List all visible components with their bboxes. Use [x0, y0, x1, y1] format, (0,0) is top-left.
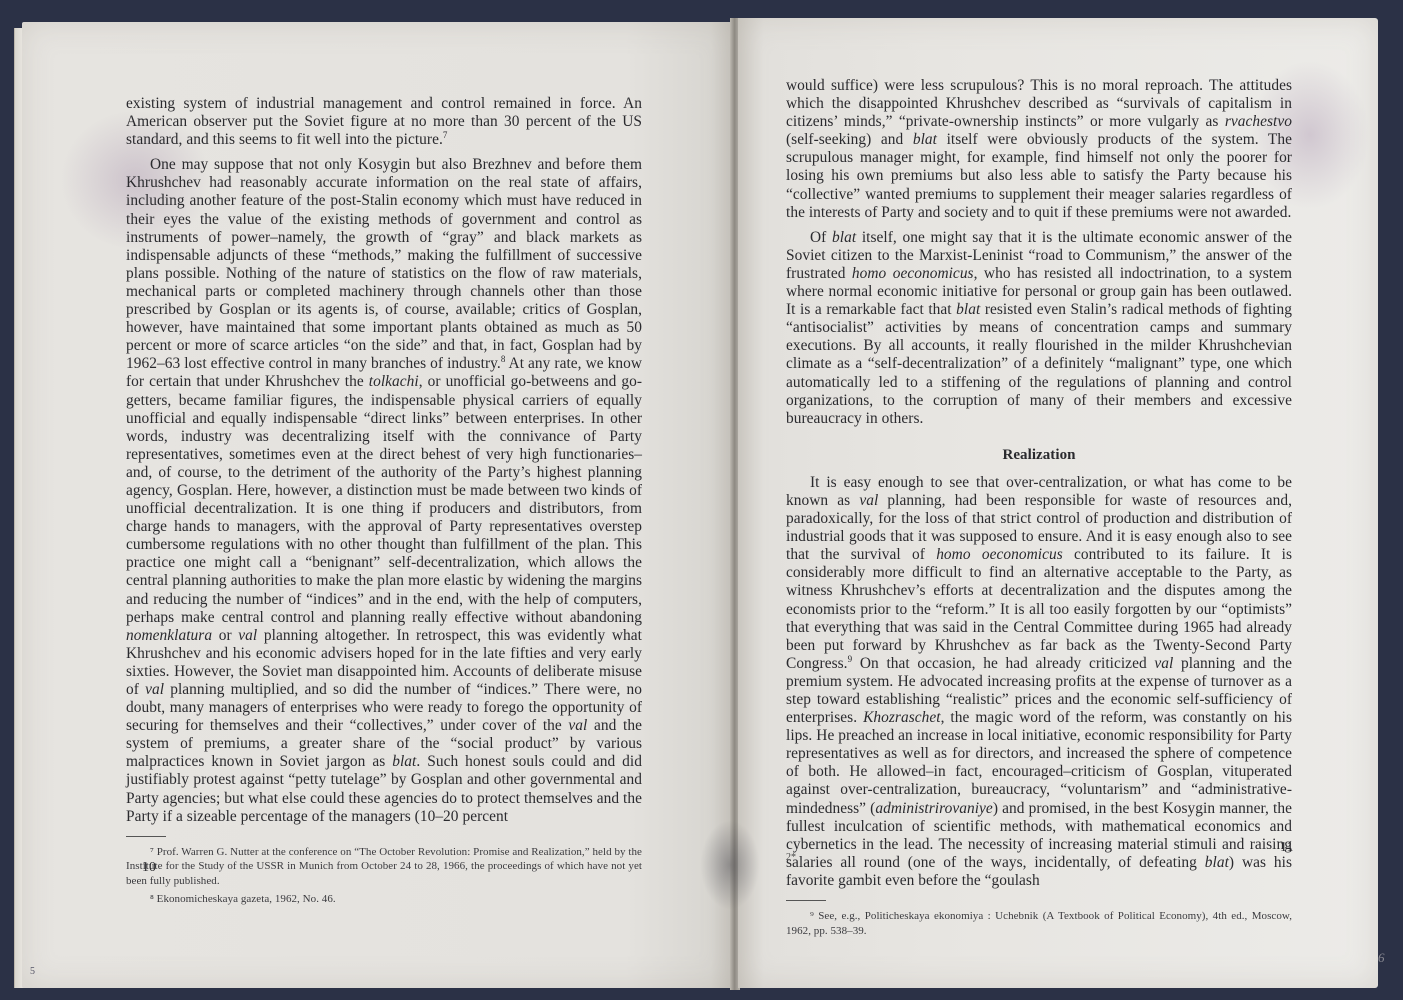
footnote-rule [126, 836, 166, 837]
footnote-8: ⁸ Ekonomicheskaya gazeta, 1962, No. 46. [126, 892, 642, 907]
footnotes: ⁷ Prof. Warren G. Nutter at the conferen… [126, 845, 642, 907]
pencil-page-mark: 6 [1378, 950, 1385, 966]
paragraph: It is easy enough to see that over-centr… [786, 474, 1292, 890]
left-page-body: existing system of industrial management… [126, 95, 642, 907]
paragraph: One may suppose that not only Kosygin bu… [126, 156, 642, 825]
footnotes: ⁹ See, e.g., Politicheskaya ekonomiya : … [786, 909, 1292, 938]
footnote-9: ⁹ See, e.g., Politicheskaya ekonomiya : … [786, 909, 1292, 938]
paragraph: would suffice) were less scrupulous? Thi… [786, 77, 1292, 222]
page-number-left: 10 [142, 860, 156, 876]
footnote-rule [786, 900, 826, 901]
edge-mark: 5 [30, 966, 35, 977]
section-heading: Realization [786, 446, 1292, 464]
paragraph: Of blat itself, one might say that it is… [786, 229, 1292, 428]
paragraph: existing system of industrial management… [126, 95, 642, 149]
footnote-7: ⁷ Prof. Warren G. Nutter at the conferen… [126, 845, 642, 889]
page-number-right: 11 [1280, 840, 1293, 856]
signature-mark: 2* [786, 852, 796, 863]
right-page-body: would suffice) were less scrupulous? Thi… [786, 77, 1292, 938]
